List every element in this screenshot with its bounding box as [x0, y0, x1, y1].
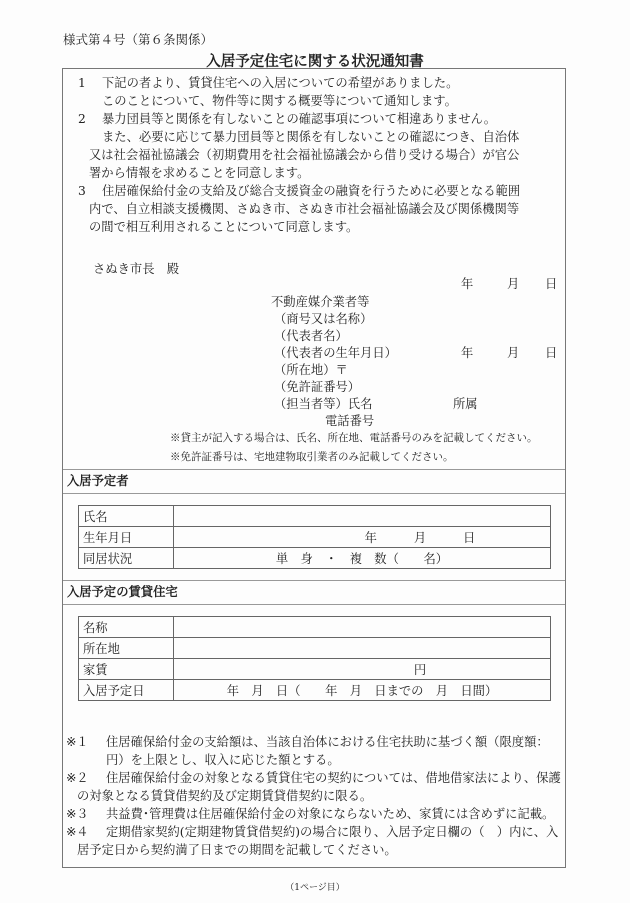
agent-phone[interactable]: 電話番号: [325, 411, 374, 429]
agent-license-no[interactable]: （免許証番号）: [274, 377, 360, 395]
statement-line: このことについて、物件等に関する概要等について通知します。: [102, 93, 457, 111]
rental-name-field[interactable]: [174, 617, 551, 638]
date-month[interactable]: 月: [507, 274, 519, 292]
table-row: 所在地: [79, 638, 551, 659]
rent-label: 家賃: [79, 659, 174, 680]
cohabitation-label: 同居状況: [79, 548, 174, 569]
date-year[interactable]: 年: [461, 274, 473, 292]
agent-trade-name[interactable]: （商号又は名称）: [274, 309, 372, 327]
resident-birthdate-field[interactable]: 年 月 日: [174, 527, 551, 548]
agent-heading: 不動産媒介業者等: [271, 292, 369, 310]
note-line: の対象となる賃貸借契約及び定期賃貸借契約に限る。: [77, 788, 372, 806]
rep-birth-year[interactable]: 年: [461, 343, 473, 361]
agent-note-license: ※免許証番号は、宅地建物取引業者のみ記載してください。: [170, 449, 454, 464]
move-in-date-label: 入居予定日: [79, 680, 174, 701]
statement-number: 2: [78, 111, 86, 129]
statement-number: 3: [78, 183, 86, 201]
rep-birth-day[interactable]: 日: [545, 343, 557, 361]
page-footer: （1ページ目）: [0, 880, 630, 893]
table-row: 氏名: [79, 506, 551, 527]
cohabitation-field[interactable]: 単 身 ・ 複 数（ 名）: [174, 548, 551, 569]
move-in-date-field[interactable]: 年 月 日（ 年 月 日までの 月 日間）: [174, 680, 551, 701]
statement-line: 署から情報を求めることを同意します。: [89, 165, 309, 183]
note-line: 円）を上限とし、収入に応じた額とする。: [106, 752, 340, 770]
statement-number: 1: [78, 75, 86, 93]
addressee: さぬき市長 殿: [93, 259, 179, 277]
rental-table: 名称 所在地 家賃 円 入居予定日 年 月 日（ 年 月 日までの 月 日間）: [78, 616, 551, 701]
form-number: 様式第４号（第６条関係）: [63, 30, 213, 48]
rent-field[interactable]: 円: [174, 659, 551, 680]
table-row: 同居状況 単 身 ・ 複 数（ 名）: [79, 548, 551, 569]
form-box: 1 下記の者より、賃貸住宅への入居についての希望がありました。 このことについて…: [62, 68, 566, 868]
resident-birthdate-label: 生年月日: [79, 527, 174, 548]
statement-line: また、必要に応じて暴力団員等と関係を有しないことの確認につき、自治体: [102, 129, 519, 147]
note-mark: ※１: [66, 734, 89, 752]
statement-line: 下記の者より、賃貸住宅への入居についての希望がありました。: [102, 75, 458, 93]
note-mark: ※２: [66, 770, 89, 788]
table-row: 入居予定日 年 月 日（ 年 月 日までの 月 日間）: [79, 680, 551, 701]
agent-representative[interactable]: （代表者名）: [274, 326, 348, 344]
note-line: 共益費･管理費は住居確保給付金の対象にならないため、家賃には含めずに記載。: [106, 806, 554, 824]
rental-section-heading: 入居予定の賃貸住宅: [63, 580, 565, 605]
statement-line: 暴力団員等と関係を有しないことの確認事項について相違ありません。: [102, 111, 496, 129]
note-line: 居予定日から契約満了日までの期間を記載してください。: [77, 842, 397, 860]
statement-line: 住居確保給付金の支給及び総合支援資金の融資を行うために必要となる範囲: [102, 183, 520, 201]
note-line: 住居確保給付金の対象となる賃貸住宅の契約については、借地借家法により、保護: [106, 770, 561, 788]
agent-note-lessor: ※貸主が記入する場合は、氏名、所在地、電話番号のみを記載してください。: [170, 430, 538, 445]
date-day[interactable]: 日: [545, 274, 557, 292]
resident-name-field[interactable]: [174, 506, 551, 527]
rental-location-field[interactable]: [174, 638, 551, 659]
agent-location[interactable]: （所在地）〒: [274, 360, 348, 378]
rental-location-label: 所在地: [79, 638, 174, 659]
note-line: 定期借家契約(定期建物賃貸借契約)の場合に限り、入居予定日欄の（ ）内に、入: [106, 824, 558, 842]
agent-affiliation[interactable]: 所属: [453, 394, 478, 412]
resident-table: 氏名 生年月日 年 月 日 同居状況 単 身 ・ 複 数（ 名）: [78, 505, 551, 569]
rental-name-label: 名称: [79, 617, 174, 638]
note-line: 住居確保給付金の支給額は、当該自治体における住宅扶助に基づく額（限度額：: [106, 734, 549, 752]
agent-rep-birthdate[interactable]: （代表者の生年月日）: [274, 343, 397, 361]
table-row: 名称: [79, 617, 551, 638]
table-row: 家賃 円: [79, 659, 551, 680]
statement-line: の間で相互利用されることについて同意します。: [89, 219, 358, 237]
note-mark: ※４: [66, 824, 89, 842]
statement-line: 内で、自立相談支援機関、さぬき市、さぬき市社会福祉協議会及び関係機関等: [89, 201, 519, 219]
table-row: 生年月日 年 月 日: [79, 527, 551, 548]
statement-line: 又は社会福祉協議会（初期費用を社会福祉協議会から借り受ける場合）が官公: [89, 147, 519, 165]
agent-person-in-charge[interactable]: （担当者等）氏名: [274, 394, 372, 412]
resident-section-heading: 入居予定者: [63, 469, 565, 494]
rep-birth-month[interactable]: 月: [507, 343, 519, 361]
note-mark: ※３: [66, 806, 89, 824]
resident-name-label: 氏名: [79, 506, 174, 527]
